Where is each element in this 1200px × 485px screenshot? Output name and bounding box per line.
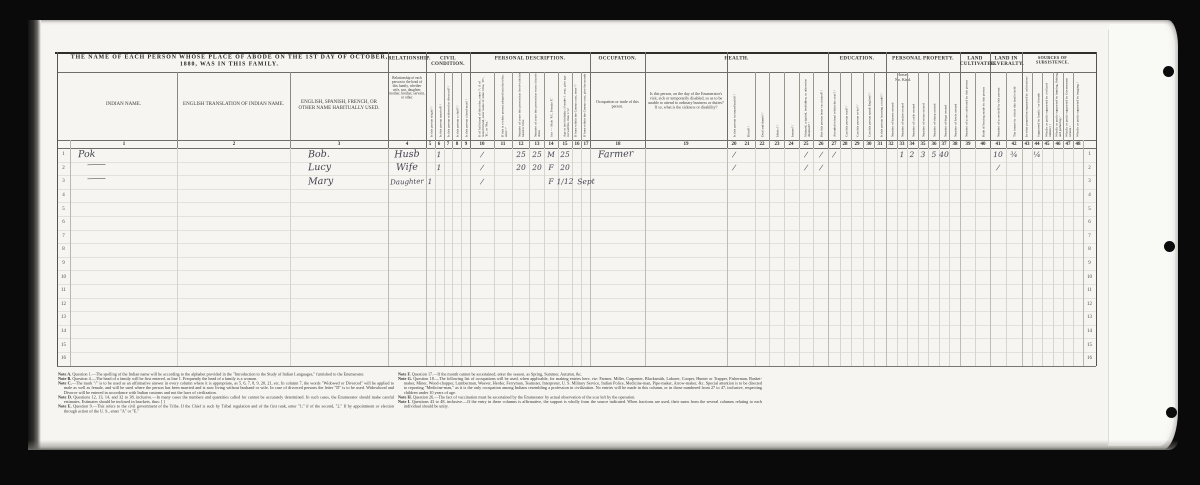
grid-line	[494, 72, 495, 149]
rotated-column-header-10: If of full blood of this tribe, enter '/…	[478, 72, 489, 137]
handwritten-entry: ¾	[1010, 148, 1018, 160]
rotated-column-header-25: Maimed, crippled, bedridden, or otherwis…	[804, 72, 811, 137]
row-number-right-7: 7	[1083, 233, 1096, 244]
column-number-3: 3	[329, 141, 349, 152]
grid-line	[512, 72, 513, 149]
rotated-column-header-31: Is this person learning a trade? /	[880, 72, 884, 137]
row-number-right-3: 3	[1083, 178, 1096, 189]
grid-line	[55, 52, 1096, 54]
grid-line	[57, 189, 1096, 190]
grid-line	[57, 270, 1096, 271]
footnotes-right-text: Note F. Question 17.—If the month cannot…	[398, 372, 762, 409]
row-number-right-16: 16	[1083, 355, 1096, 366]
grid-line	[960, 148, 961, 366]
rotated-column-header-24: Insane? /	[791, 72, 795, 137]
grid-line	[863, 148, 864, 366]
group-header-personal-description-text: PERSONAL DESCRIPTION.	[470, 56, 590, 61]
grid-line	[57, 243, 1096, 244]
rotated-column-header-20: Is this person in sound health? /	[733, 72, 737, 137]
footnotes-left-text: Note A. Question 1.—The spelling of the …	[58, 372, 394, 414]
handwritten-entry: Lucy	[308, 162, 332, 175]
grid-line	[1073, 72, 1074, 149]
row-number-left-11-text: 11	[57, 287, 70, 293]
grid-line	[799, 148, 800, 366]
row-number-right-1-text: 1	[1083, 151, 1096, 157]
grid-line	[840, 148, 841, 366]
rotated-column-header-40: Rods of fencing made by this person	[982, 72, 986, 137]
handwritten-entry: 1	[428, 176, 433, 188]
handwritten-entry: Husb	[394, 148, 420, 161]
rotated-column-header-29: Can this person write? /	[856, 72, 860, 137]
column-number-17: 17	[576, 141, 596, 152]
grid-line	[975, 72, 976, 149]
row-number-right-11-text: 11	[1083, 287, 1096, 293]
row-number-right-14: 14	[1083, 328, 1096, 339]
column-number-4-text: 4	[397, 141, 417, 147]
row-number-right-7-text: 7	[1083, 233, 1096, 239]
column-number-1-text: 1	[114, 141, 134, 147]
row-number-left-3-text: 3	[57, 178, 70, 184]
grid-line	[897, 148, 898, 366]
occupation-header-text: Occupation or trade of this person.	[592, 100, 643, 122]
column-number-2-text: 2	[224, 141, 244, 147]
row-number-left-16: 16	[57, 355, 70, 366]
column-number-1: 1	[114, 141, 134, 152]
rotated-column-header-47: Wholly or partly supported by Government…	[1065, 72, 1072, 137]
grid-line	[813, 148, 814, 366]
grid-line	[755, 72, 756, 149]
handwritten-entry: 5	[931, 148, 936, 160]
column-header-other-name: ENGLISH, SPANISH, FRENCH, OR OTHER NAME …	[293, 99, 385, 122]
health-header-text: Is this person, on the day of the Enumer…	[648, 92, 724, 136]
rotated-column-header-36: Number of sheep owned	[933, 72, 937, 137]
grid-line	[886, 148, 887, 366]
rotated-column-header-9: Is this person a head man? /	[465, 72, 469, 137]
grid-line	[461, 148, 462, 366]
rotated-column-header-5: Is this person single? /	[430, 72, 434, 137]
rotated-column-header-33: Number of mules owned	[901, 72, 905, 137]
grid-line	[918, 72, 919, 149]
grid-line	[1042, 72, 1043, 149]
grid-line	[1032, 148, 1033, 366]
grid-line	[840, 72, 841, 149]
group-header-personal-description: PERSONAL DESCRIPTION.	[470, 56, 590, 67]
grid-line	[799, 72, 800, 149]
grid-line	[57, 338, 1096, 339]
paper-right-margin	[1109, 24, 1175, 446]
row-number-right-16-text: 16	[1083, 355, 1096, 361]
grid-line	[784, 148, 785, 366]
grid-line	[863, 72, 864, 149]
row-number-left-7: 7	[57, 233, 70, 244]
row-number-right-4-text: 4	[1083, 192, 1096, 198]
grid-line	[177, 72, 178, 149]
row-number-right-15: 15	[1083, 342, 1096, 353]
row-number-left-8: 8	[57, 246, 70, 257]
row-number-left-16-text: 16	[57, 355, 70, 361]
rotated-column-header-26: Has this person been vaccinated? /	[820, 72, 824, 137]
grid-line	[769, 148, 770, 366]
grid-line	[1042, 148, 1043, 366]
handwritten-entry: Bob.	[308, 148, 330, 161]
row-number-right-1: 1	[1083, 151, 1096, 162]
row-number-right-2-text: 2	[1083, 165, 1096, 171]
row-number-left-9: 9	[57, 260, 70, 271]
note-paragraph: Note D. Questions 12, 13, 14, and 32 to …	[58, 395, 394, 404]
grid-line	[1063, 72, 1064, 149]
group-header-land-in-severalty-text: LAND IN SEVERALTY.	[990, 56, 1022, 67]
grid-line	[1006, 72, 1007, 149]
footnotes-right: Note F. Question 17.—If the month cannot…	[398, 372, 762, 460]
rotated-column-header-41: Number of acres held by this person	[997, 72, 1001, 137]
rotated-column-header-30: Can this person speak English? /	[868, 72, 872, 137]
punch-hole-bottom	[1166, 407, 1177, 418]
row-number-left-13-text: 13	[57, 314, 70, 320]
column-number-10-text: 10	[472, 141, 492, 147]
row-number-left-7-text: 7	[57, 233, 70, 239]
grid-line	[57, 202, 1096, 203]
punch-hole-top	[1163, 66, 1174, 77]
grid-line	[57, 352, 1096, 353]
handwritten-entry: Farmer	[598, 148, 634, 161]
grid-line	[851, 148, 852, 366]
grid-line	[57, 298, 1096, 299]
rotated-column-header-12: Number of years this person has lived wi…	[518, 72, 525, 137]
grid-line	[769, 72, 770, 149]
handwritten-entry: Sept	[577, 175, 595, 188]
rotated-column-header-35: Number of swine owned	[922, 72, 926, 137]
row-number-right-13: 13	[1083, 314, 1096, 325]
row-number-left-15: 15	[57, 342, 70, 353]
group-header-land-cultivated-text: LAND CULTIVATED.	[960, 56, 990, 67]
grid-line	[461, 72, 462, 149]
row-number-right-6: 6	[1083, 219, 1096, 230]
group-header-education: EDUCATION.	[828, 56, 886, 67]
row-number-left-14-text: 14	[57, 328, 70, 334]
rotated-column-header-44: Supported by family / or friends	[1037, 72, 1041, 137]
row-number-right-10: 10	[1083, 274, 1096, 285]
handwritten-entry: 1	[899, 148, 904, 160]
rotated-column-header-48: Wholly or partly supported by begging /	[1076, 72, 1080, 137]
grid-line	[907, 148, 908, 366]
rotated-column-header-13: Number of years this person has worn cit…	[534, 72, 541, 137]
grid-line	[645, 148, 646, 366]
rotated-column-header-22: Deaf and dumb? /	[761, 72, 765, 137]
row-number-left-4-text: 4	[57, 192, 70, 198]
handwritten-entry: —	[86, 172, 107, 184]
row-number-left-6: 6	[57, 219, 70, 230]
handwritten-entry: 1/12	[556, 175, 573, 188]
grid-line	[949, 148, 950, 366]
grid-line	[544, 72, 545, 149]
handwritten-entry: ¼	[1033, 148, 1041, 160]
rotated-column-header-14: Sex — Male 'M.', Female 'F.'	[550, 72, 554, 137]
handwritten-entry: 25	[560, 148, 570, 160]
handwritten-entry: 1	[437, 148, 442, 160]
grid-line	[444, 72, 445, 149]
row-number-left-2: 2	[57, 165, 70, 176]
group-header-relationship-text: RELATIONSHIP.	[388, 56, 426, 61]
grid-line	[1053, 72, 1054, 149]
rotated-column-header-39: Number of acres cultivated by this perso…	[965, 72, 969, 137]
row-number-right-9: 9	[1083, 260, 1096, 271]
grid-line	[851, 72, 852, 149]
form-title: THE NAME OF EACH PERSON WHOSE PLACE OF A…	[70, 54, 388, 78]
row-number-left-3: 3	[57, 178, 70, 189]
rotated-column-header-21: Blind? /	[747, 72, 751, 137]
row-number-left-11: 11	[57, 287, 70, 298]
handwritten-entry: F	[548, 162, 554, 174]
row-number-right-6-text: 6	[1083, 219, 1096, 225]
grid-line	[57, 216, 1096, 217]
grid-line	[435, 148, 436, 366]
row-number-left-12-text: 12	[57, 301, 70, 307]
note-paragraph: Note I. Questions 43 to 48, inclusive.—I…	[398, 400, 762, 409]
group-header-sources-of-subsistence-text: SOURCES OF SUBSISTENCE.	[1022, 56, 1083, 65]
grid-line	[907, 72, 908, 149]
grid-line	[928, 148, 929, 366]
grid-line	[529, 72, 530, 149]
column-number-3-text: 3	[329, 141, 349, 147]
row-number-left-1-text: 1	[57, 151, 70, 157]
handwritten-entry: M	[547, 148, 555, 160]
rotated-column-header-23: Idiotic? /	[776, 72, 780, 137]
grid-line	[494, 148, 495, 366]
row-number-right-8: 8	[1083, 246, 1096, 257]
grid-line	[990, 148, 991, 366]
rotated-column-header-16: If born within the Census year, enter '/…	[574, 72, 578, 137]
handwritten-entry: Mary	[308, 175, 334, 188]
row-number-right-11: 11	[1083, 287, 1096, 298]
grid-line	[939, 148, 940, 366]
grid-line	[57, 284, 1096, 285]
row-number-right-13-text: 13	[1083, 314, 1096, 320]
punch-hole-middle	[1164, 241, 1175, 252]
row-number-right-12: 12	[1083, 301, 1096, 312]
row-number-left-6-text: 6	[57, 219, 70, 225]
handwritten-entry: 20	[560, 162, 570, 174]
grid-line	[1073, 148, 1074, 366]
relationship-header-text: Relationship of each person to the head …	[389, 76, 425, 142]
group-header-health: HEALTH.	[645, 56, 828, 67]
grid-line	[1063, 148, 1064, 366]
grid-line	[388, 148, 389, 366]
row-number-right-2: 2	[1083, 165, 1096, 176]
grid-line	[57, 325, 1096, 326]
row-number-right-4: 4	[1083, 192, 1096, 203]
rotated-column-header-27: Attended school within the year? /	[833, 72, 837, 137]
grid-line	[949, 72, 950, 149]
row-number-right-14-text: 14	[1083, 328, 1096, 334]
grid-line	[928, 72, 929, 149]
row-number-left-10: 10	[57, 274, 70, 285]
handwritten-entry: 25	[516, 148, 526, 160]
grid-line	[177, 148, 178, 366]
column-number-19-text: 19	[676, 141, 696, 147]
group-header-civil-condition-text: CIVIL CONDITION.	[426, 56, 470, 67]
column-number-2: 2	[224, 141, 244, 152]
handwritten-entry: 20	[532, 162, 542, 174]
grid-line	[57, 311, 1096, 312]
grid-line	[975, 148, 976, 366]
rotated-column-header-17: If born within the Census year, give the…	[583, 72, 587, 137]
handwritten-entry: 1	[437, 162, 442, 174]
row-number-right-12-text: 12	[1083, 301, 1096, 307]
grid-line	[512, 148, 513, 366]
grid-line	[918, 148, 919, 366]
handwritten-entry: Daughter	[390, 175, 424, 188]
group-header-personal-property: PERSONAL PROPERTY.	[886, 56, 960, 67]
grid-line	[70, 140, 71, 366]
row-number-left-1: 1	[57, 151, 70, 162]
form-title-text: THE NAME OF EACH PERSON WHOSE PLACE OF A…	[70, 54, 389, 68]
grid-line	[1053, 148, 1054, 366]
grid-line	[1096, 52, 1097, 366]
group-header-relationship: RELATIONSHIP.	[388, 56, 426, 67]
rotated-column-header-37: Number of dogs owned	[944, 72, 948, 137]
rotated-column-header-11: If this is a white person adopted into t…	[501, 72, 508, 137]
row-number-left-5-text: 5	[57, 206, 70, 212]
rotated-column-header-38: Number of fowls owned	[954, 72, 958, 137]
note-paragraph: Note C.—The mark "/" is to be used as an…	[58, 381, 394, 395]
grid-line	[828, 148, 829, 366]
column-number-19: 19	[676, 141, 696, 152]
row-number-right-5-text: 5	[1083, 206, 1096, 212]
row-number-right-3-text: 3	[1083, 178, 1096, 184]
row-number-left-10-text: 10	[57, 274, 70, 280]
row-number-left-2-text: 2	[57, 165, 70, 171]
column-number-17-text: 17	[576, 141, 596, 147]
handwritten-entry: Wife	[396, 162, 418, 175]
grid-line	[290, 148, 291, 366]
row-number-left-14: 14	[57, 328, 70, 339]
rotated-column-header-7: Is this person widowed or divorced? /	[447, 72, 451, 137]
rotated-column-header-6: Is this person married? /	[439, 72, 443, 137]
handwritten-entry: 40	[939, 148, 949, 160]
note-paragraph: Note G. Question 18.—The following list …	[398, 377, 762, 395]
row-number-right-15-text: 15	[1083, 342, 1096, 348]
row-number-left-5: 5	[57, 206, 70, 217]
rotated-column-header-46: Wholly or partly supported by hunting, f…	[1055, 72, 1062, 137]
grid-line	[755, 148, 756, 366]
grid-line	[57, 162, 1096, 163]
row-number-left-15-text: 15	[57, 342, 70, 348]
grid-line	[727, 148, 728, 366]
row-number-left-4: 4	[57, 192, 70, 203]
grid-line	[452, 72, 453, 149]
grid-line	[57, 230, 1096, 231]
group-header-occupation-text: OCCUPATION.	[590, 56, 645, 61]
handwritten-entry: F	[548, 176, 554, 188]
column-number-48-text: 48	[1068, 141, 1088, 147]
grid-line	[57, 257, 1096, 258]
grid-line	[57, 366, 1096, 368]
rotated-column-header-34: Number of cattle owned	[912, 72, 916, 137]
rotated-column-header-32: Number of horses owned	[891, 72, 895, 137]
handwritten-entry: 3	[920, 148, 925, 160]
grid-line	[290, 72, 291, 149]
group-header-sources-of-subsistence: SOURCES OF SUBSISTENCE.	[1022, 56, 1083, 77]
row-number-left-9-text: 9	[57, 260, 70, 266]
row-number-right-10-text: 10	[1083, 274, 1096, 280]
grid-line	[452, 148, 453, 366]
rotated-column-header-28: Can this person read? /	[845, 72, 849, 137]
rotated-column-header-45: Wholly or partly supported by civilized …	[1045, 72, 1052, 137]
grid-line	[1032, 72, 1033, 149]
row-number-left-12: 12	[57, 301, 70, 312]
group-header-occupation: OCCUPATION.	[590, 56, 645, 67]
note-paragraph: Note E. Question 9.—This refers to the c…	[58, 404, 394, 413]
column-header-indian-name: INDIAN NAME.	[72, 101, 175, 113]
handwritten-entry: 25	[532, 148, 542, 160]
grid-line	[874, 72, 875, 149]
grid-line	[784, 72, 785, 149]
handwritten-entry: —	[86, 159, 107, 171]
group-header-education-text: EDUCATION.	[828, 56, 886, 61]
grid-line	[435, 72, 436, 149]
grid-line	[897, 72, 898, 149]
grid-line	[529, 148, 530, 366]
rotated-column-header-15: Age at last birthday; if under 1 year, g…	[563, 72, 570, 137]
handwritten-entry: 2	[910, 148, 915, 160]
grid-line	[444, 148, 445, 366]
grid-line	[1006, 148, 1007, 366]
scanned-census-page: THE NAME OF EACH PERSON WHOSE PLACE OF A…	[0, 0, 1200, 485]
grid-line	[874, 148, 875, 366]
row-number-right-9-text: 9	[1083, 260, 1096, 266]
rotated-column-header-8: Is this person a chief? /	[456, 72, 460, 137]
handwritten-entry: 20	[516, 162, 526, 174]
rotated-column-header-42: The tenure by which this land is held	[1013, 72, 1017, 137]
group-header-health-text: HEALTH.	[645, 56, 828, 61]
grid-line	[813, 72, 814, 149]
grid-line	[470, 148, 471, 366]
row-number-right-8-text: 8	[1083, 246, 1096, 252]
row-number-left-8-text: 8	[57, 246, 70, 252]
footnotes-left: Note A. Question 1.—The spelling of the …	[58, 372, 394, 471]
grid-line	[1022, 148, 1023, 366]
grid-line	[544, 148, 545, 366]
grid-line	[558, 72, 559, 149]
row-number-left-13: 13	[57, 314, 70, 325]
column-number-18-text: 18	[608, 141, 628, 147]
group-header-personal-property-text: PERSONAL PROPERTY.	[886, 56, 960, 61]
grid-line	[939, 72, 940, 149]
column-header-english-translation: ENGLISH TRANSLATION OF INDIAN NAME.	[180, 101, 287, 113]
row-number-right-5: 5	[1083, 206, 1096, 217]
paper-fold-line	[1108, 30, 1109, 446]
group-header-land-in-severalty: LAND IN SEVERALTY.	[990, 56, 1022, 77]
rotated-column-header-43: In what proportion supported by cultivat…	[1025, 72, 1029, 137]
handwritten-entry: 10	[993, 148, 1003, 160]
